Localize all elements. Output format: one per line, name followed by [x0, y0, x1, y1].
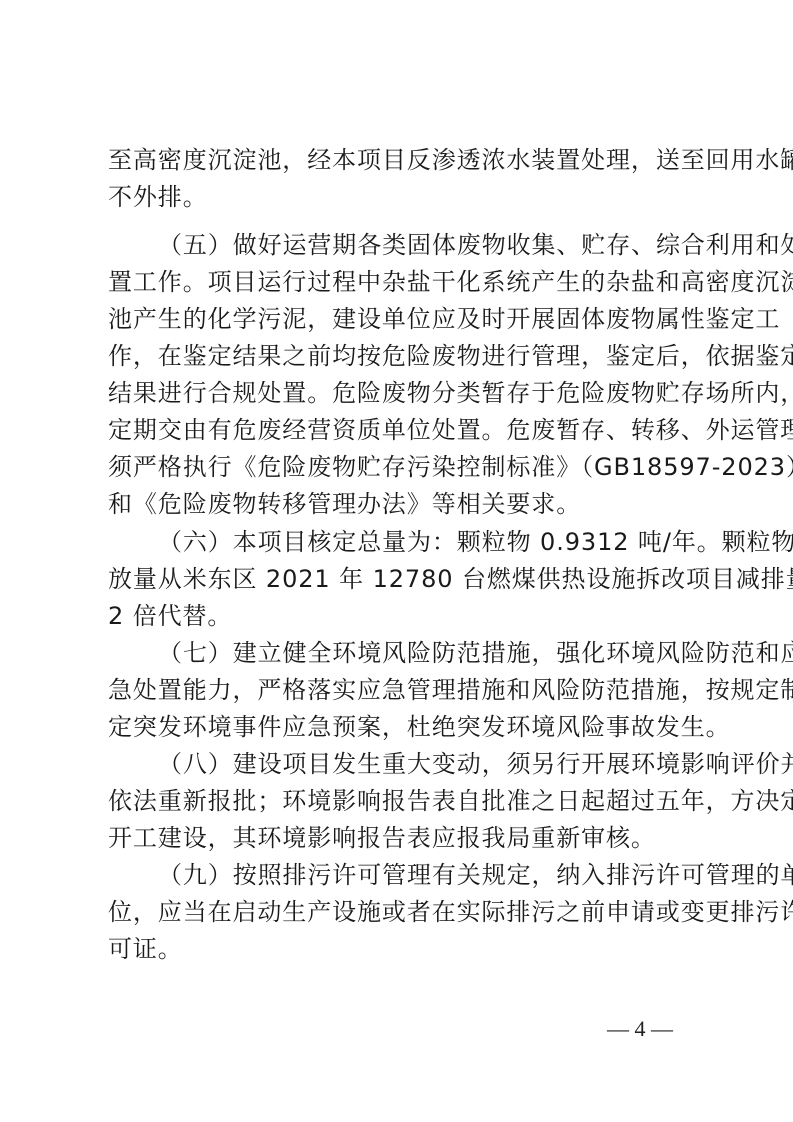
- text-line: 位，应当在启动生产设施或者在实际排污之前申请或变更排污许: [108, 897, 688, 927]
- text-line: 作，在鉴定结果之前均按危险废物进行管理，鉴定后，依据鉴定: [108, 341, 688, 371]
- page-number: — 4 —: [595, 1016, 685, 1042]
- text-line: 结果进行合规处置。危险废物分类暂存于危险废物贮存场所内，: [108, 378, 688, 408]
- text-line: 须严格执行《危险废物贮存污染控制标准》（GB18597-2023）: [108, 452, 688, 482]
- paragraph-5-start: （五）做好运营期各类固体废物收集、贮存、综合利用和处: [158, 230, 688, 260]
- text-line: 不外排。: [108, 182, 688, 212]
- text-line: 定突发环境事件应急预案，杜绝突发环境风险事故发生。: [108, 712, 688, 742]
- text-line: 置工作。项目运行过程中杂盐干化系统产生的杂盐和高密度沉淀: [108, 267, 688, 297]
- text-line: 依法重新报批；环境影响报告表自批准之日起超过五年，方决定: [108, 786, 688, 816]
- document-page: 至高密度沉淀池，经本项目反渗透浓水装置处理，送至回用水罐 不外排。 （五）做好运…: [0, 0, 793, 1122]
- text-line: 池产生的化学污泥，建设单位应及时开展固体废物属性鉴定工: [108, 304, 688, 334]
- text-line: 定期交由有危废经营资质单位处置。危废暂存、转移、外运管理: [108, 415, 688, 445]
- text-line: 急处置能力，严格落实应急管理措施和风险防范措施，按规定制: [108, 675, 688, 705]
- text-line: 至高密度沉淀池，经本项目反渗透浓水装置处理，送至回用水罐: [108, 145, 688, 175]
- paragraph-9-start: （九）按照排污许可管理有关规定，纳入排污许可管理的单: [158, 860, 688, 890]
- text-line: 放量从米东区 2021 年 12780 台燃煤供热设施拆改项目减排量中: [108, 564, 688, 594]
- text-line: 2 倍代替。: [108, 601, 688, 631]
- paragraph-6-start: （六）本项目核定总量为：颗粒物 0.9312 吨/年。颗粒物排: [158, 527, 688, 557]
- paragraph-8-start: （八）建设项目发生重大变动，须另行开展环境影响评价并: [158, 749, 688, 779]
- text-line: 可证。: [108, 934, 688, 964]
- text-line: 和《危险废物转移管理办法》等相关要求。: [108, 489, 688, 519]
- paragraph-7-start: （七）建立健全环境风险防范措施，强化环境风险防范和应: [158, 638, 688, 668]
- text-line: 开工建设，其环境影响报告表应报我局重新审核。: [108, 823, 688, 853]
